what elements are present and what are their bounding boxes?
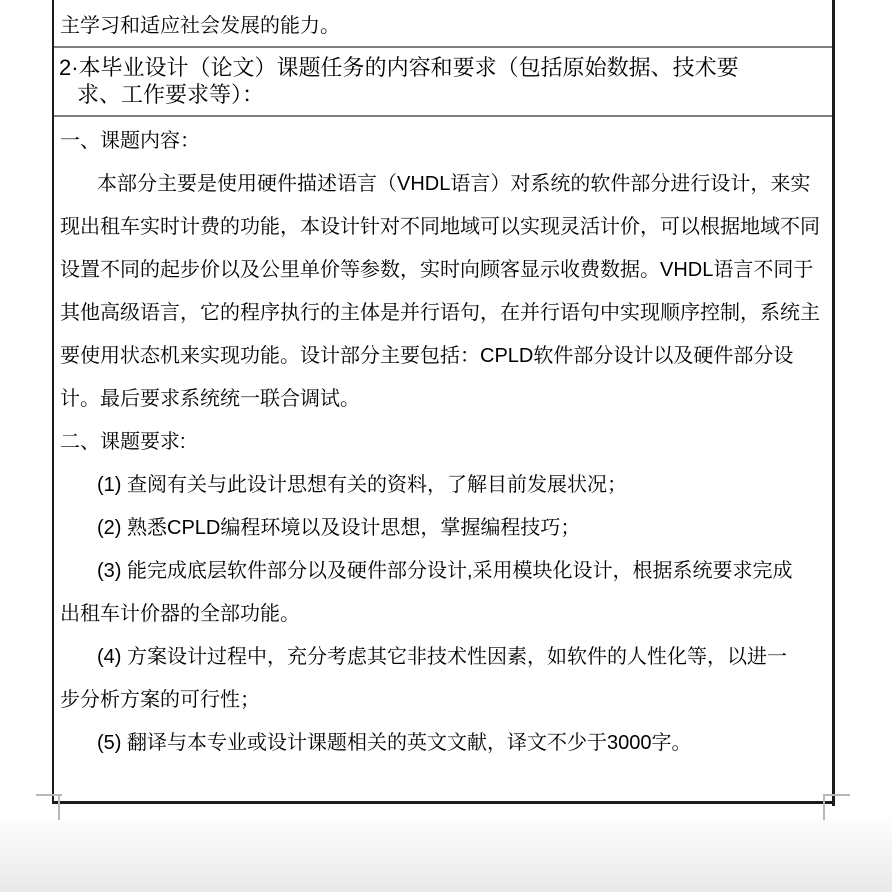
table-row-divider-top [54, 46, 832, 48]
table-border-right [832, 0, 835, 806]
body-line-topic-heading: 一、课题内容： [60, 120, 832, 163]
body-line: 现出租车实时计费的功能，本设计针对不同地域可以实现灵活计价，可以根据地域不同 [60, 206, 832, 249]
body-line: 要使用状态机来实现功能。设计部分主要包括：CPLD软件部分设计以及硬件部分设 [60, 335, 832, 378]
section-2-heading: 2·本毕业设计（论文）课题任务的内容和要求（包括原始数据、技术要 求、工作要求等… [59, 54, 831, 108]
crop-mark-bottom-right-vertical [823, 794, 825, 820]
body-line: 出租车计价器的全部功能。 [60, 593, 832, 636]
body-line-item-1: (1) 查阅有关与此设计思想有关的资料，了解目前发展状况； [60, 464, 832, 507]
body-line-item-3: (3) 能完成底层软件部分以及硬件部分设计,采用模块化设计，根据系统要求完成 [60, 550, 832, 593]
section-2-heading-line1: 2·本毕业设计（论文）课题任务的内容和要求（包括原始数据、技术要 [59, 54, 831, 81]
document-page: 主学习和适应社会发展的能力。 2·本毕业设计（论文）课题任务的内容和要求（包括原… [0, 0, 892, 892]
body-line: 其他高级语言，它的程序执行的主体是并行语句，在并行语句中实现顺序控制，系统主 [60, 292, 832, 335]
body-line: 步分析方案的可行性； [60, 679, 832, 722]
table-border-left [52, 0, 54, 803]
body-line-item-4: (4) 方案设计过程中，充分考虑其它非技术性因素，如软件的人性化等，以进一 [60, 636, 832, 679]
body-line-item-5: (5) 翻译与本专业或设计课题相关的英文文献，译文不少于3000字。 [60, 722, 832, 765]
section-2-heading-line2: 求、工作要求等）： [59, 81, 831, 108]
body-line-item-2: (2) 熟悉CPLD编程环境以及设计思想，掌握编程技巧； [60, 507, 832, 550]
body-line: 本部分主要是使用硬件描述语言（VHDL语言）对系统的软件部分进行设计，来实 [60, 163, 832, 206]
crop-mark-bottom-right-horizontal [823, 794, 850, 796]
body-line: 设置不同的起步价以及公里单价等参数，实时向顾客显示收费数据。VHDL语言不同于 [60, 249, 832, 292]
page-bottom-shadow [0, 812, 892, 892]
body-line-require-heading: 二、课题要求: [60, 421, 832, 464]
task-content-cell: 一、课题内容： 本部分主要是使用硬件描述语言（VHDL语言）对系统的软件部分进行… [60, 120, 832, 765]
previous-cell-continuation-text: 主学习和适应社会发展的能力。 [60, 15, 830, 38]
body-line: 计。最后要求系统统一联合调试。 [60, 378, 832, 421]
table-row-divider-header [54, 115, 832, 117]
table-border-bottom [52, 801, 835, 804]
crop-mark-bottom-left-vertical [58, 794, 60, 820]
